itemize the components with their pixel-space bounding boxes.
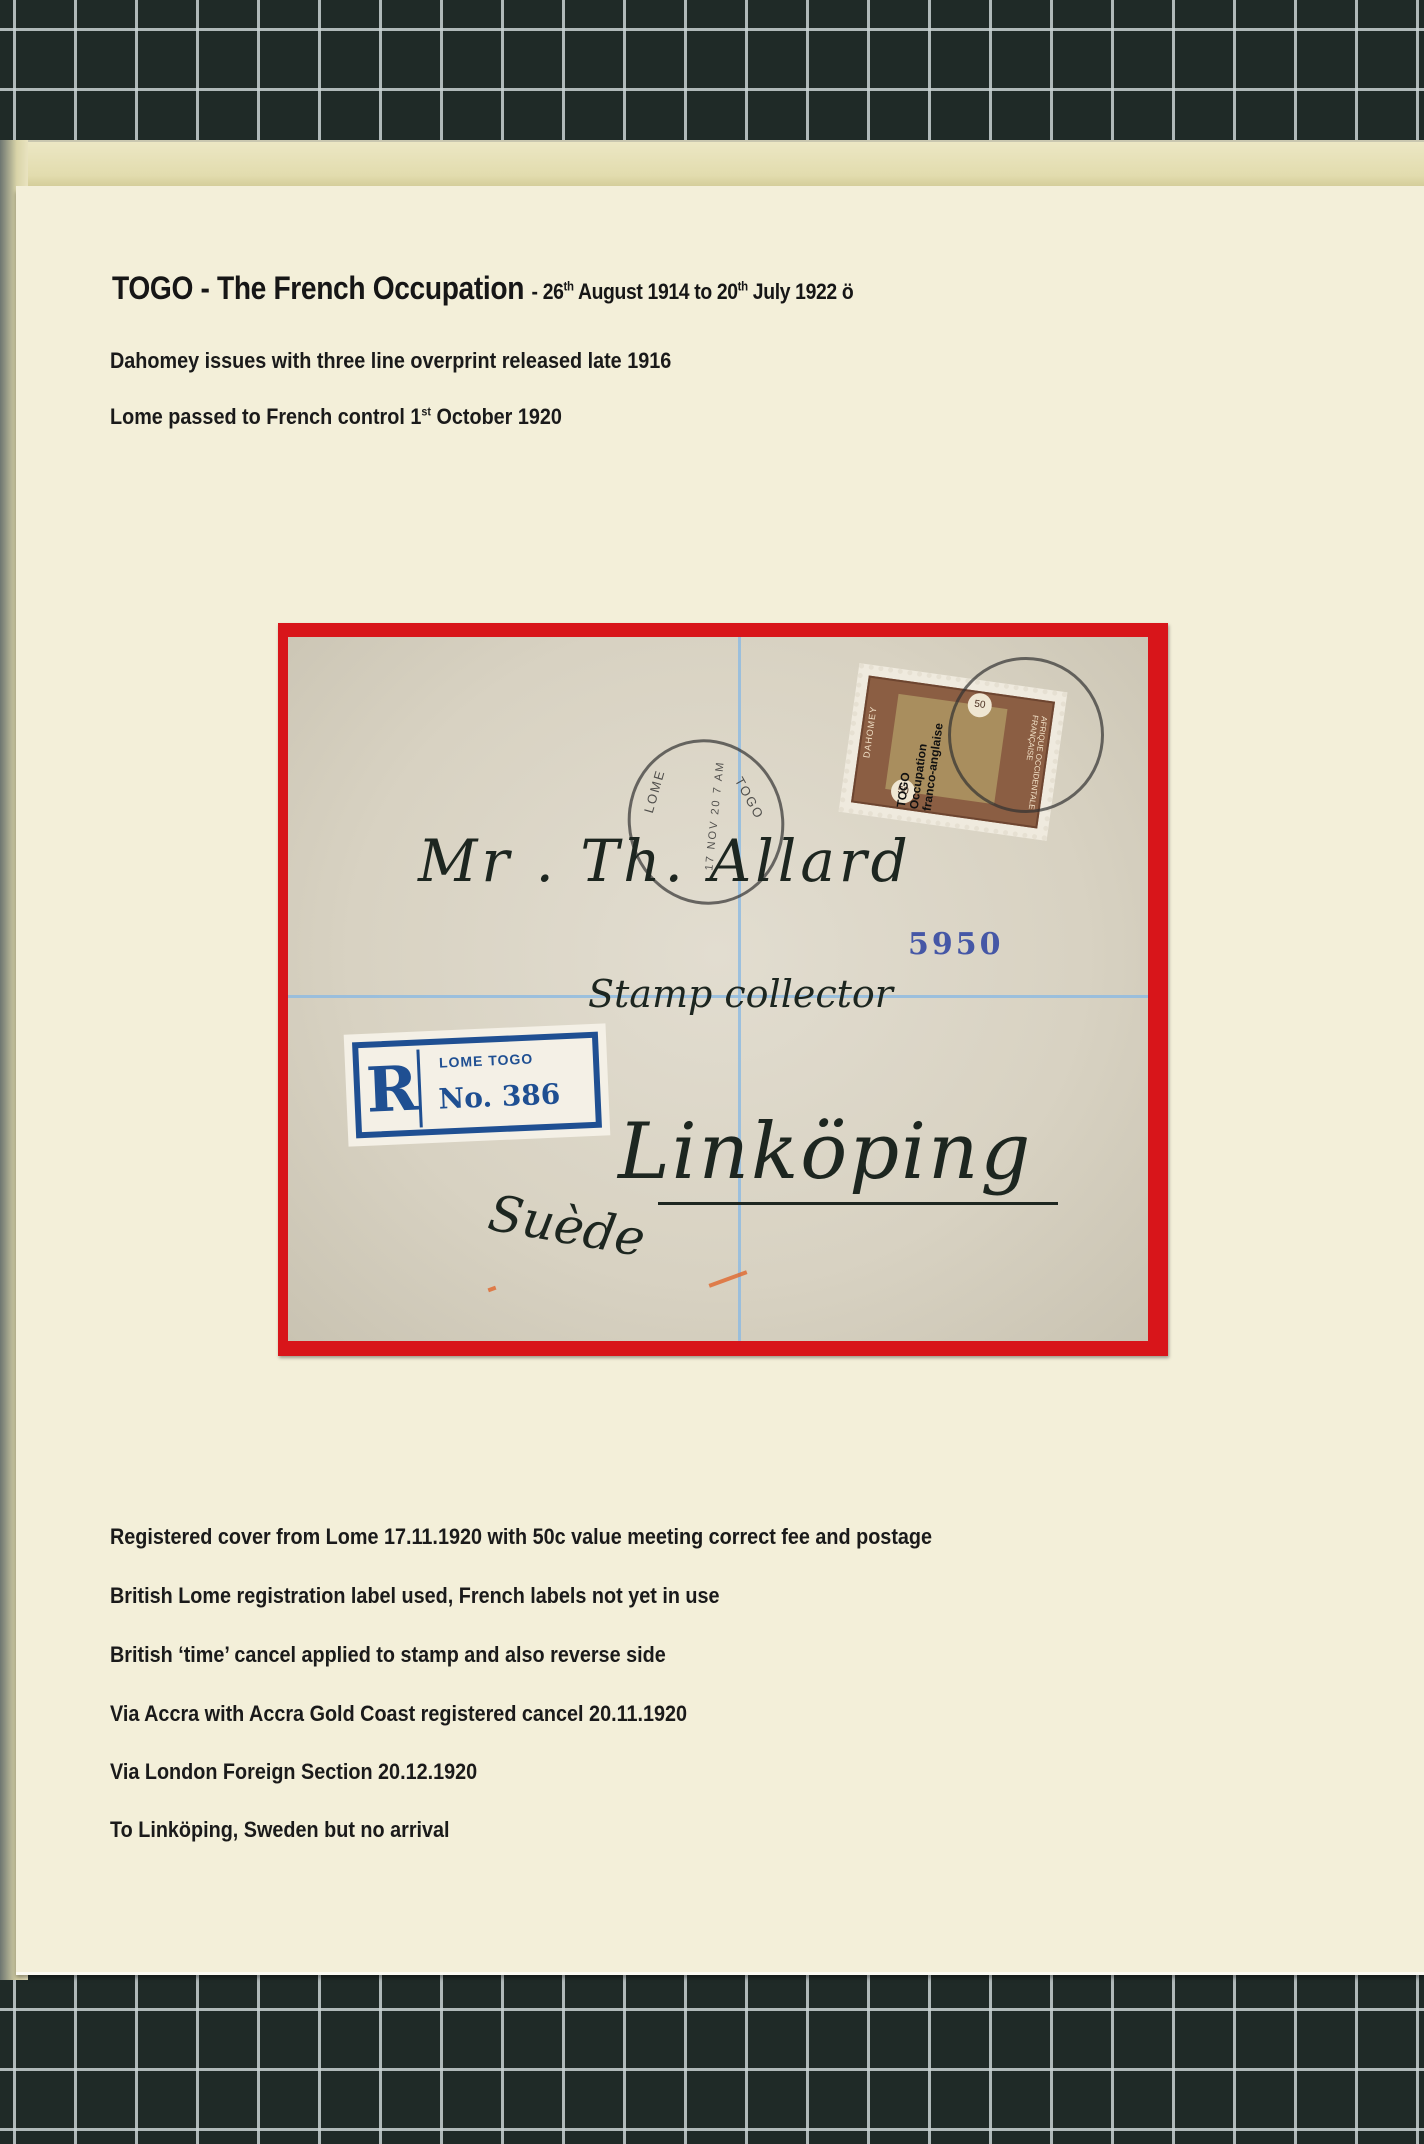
intro-line: Dahomey issues with three line overprint… bbox=[110, 348, 671, 374]
stamp-cancel bbox=[948, 657, 1104, 813]
address-name: Mr . Th. Allard bbox=[418, 827, 912, 895]
album-sleeve-top bbox=[0, 140, 1424, 190]
note-line: British ‘time’ cancel applied to stamp a… bbox=[110, 1642, 666, 1668]
address-city: Linköping bbox=[618, 1107, 1032, 1197]
serial-number: 5950 bbox=[908, 927, 1004, 962]
registered-cover: LOME 17 NOV 20 7 AM TOGO DAHOMEY AFRIQUE… bbox=[288, 637, 1148, 1341]
stamp-country: DAHOMEY bbox=[861, 705, 878, 758]
note-line: Registered cover from Lome 17.11.1920 wi… bbox=[110, 1524, 932, 1550]
album-page: TOGO - The French Occupation - 26th Augu… bbox=[16, 186, 1424, 1972]
city-underline bbox=[658, 1202, 1058, 1205]
address-occupation: Stamp collector bbox=[588, 972, 893, 1016]
registration-number: No. 386 bbox=[438, 1077, 561, 1115]
note-line: British Lome registration label used, Fr… bbox=[110, 1583, 720, 1609]
title-dates: - 26th August 1914 to 20th July 1922 ö bbox=[532, 279, 854, 304]
page-title: TOGO - The French Occupation - 26th Augu… bbox=[112, 270, 853, 307]
cover-mount: LOME 17 NOV 20 7 AM TOGO DAHOMEY AFRIQUE… bbox=[278, 623, 1168, 1356]
note-line: Via Accra with Accra Gold Coast register… bbox=[110, 1701, 687, 1727]
registration-label: R LOME TOGO No. 386 bbox=[344, 1023, 611, 1146]
registration-office: LOME TOGO bbox=[439, 1051, 534, 1071]
ink-mark bbox=[488, 1286, 497, 1292]
note-line: Via London Foreign Section 20.12.1920 bbox=[110, 1759, 477, 1785]
ink-mark bbox=[709, 1270, 748, 1287]
registration-letter: R bbox=[364, 1049, 422, 1129]
note-line: To Linköping, Sweden but no arrival bbox=[110, 1817, 450, 1843]
title-main: TOGO - The French Occupation bbox=[112, 270, 524, 306]
intro-line: Lome passed to French control 1st Octobe… bbox=[110, 404, 562, 430]
